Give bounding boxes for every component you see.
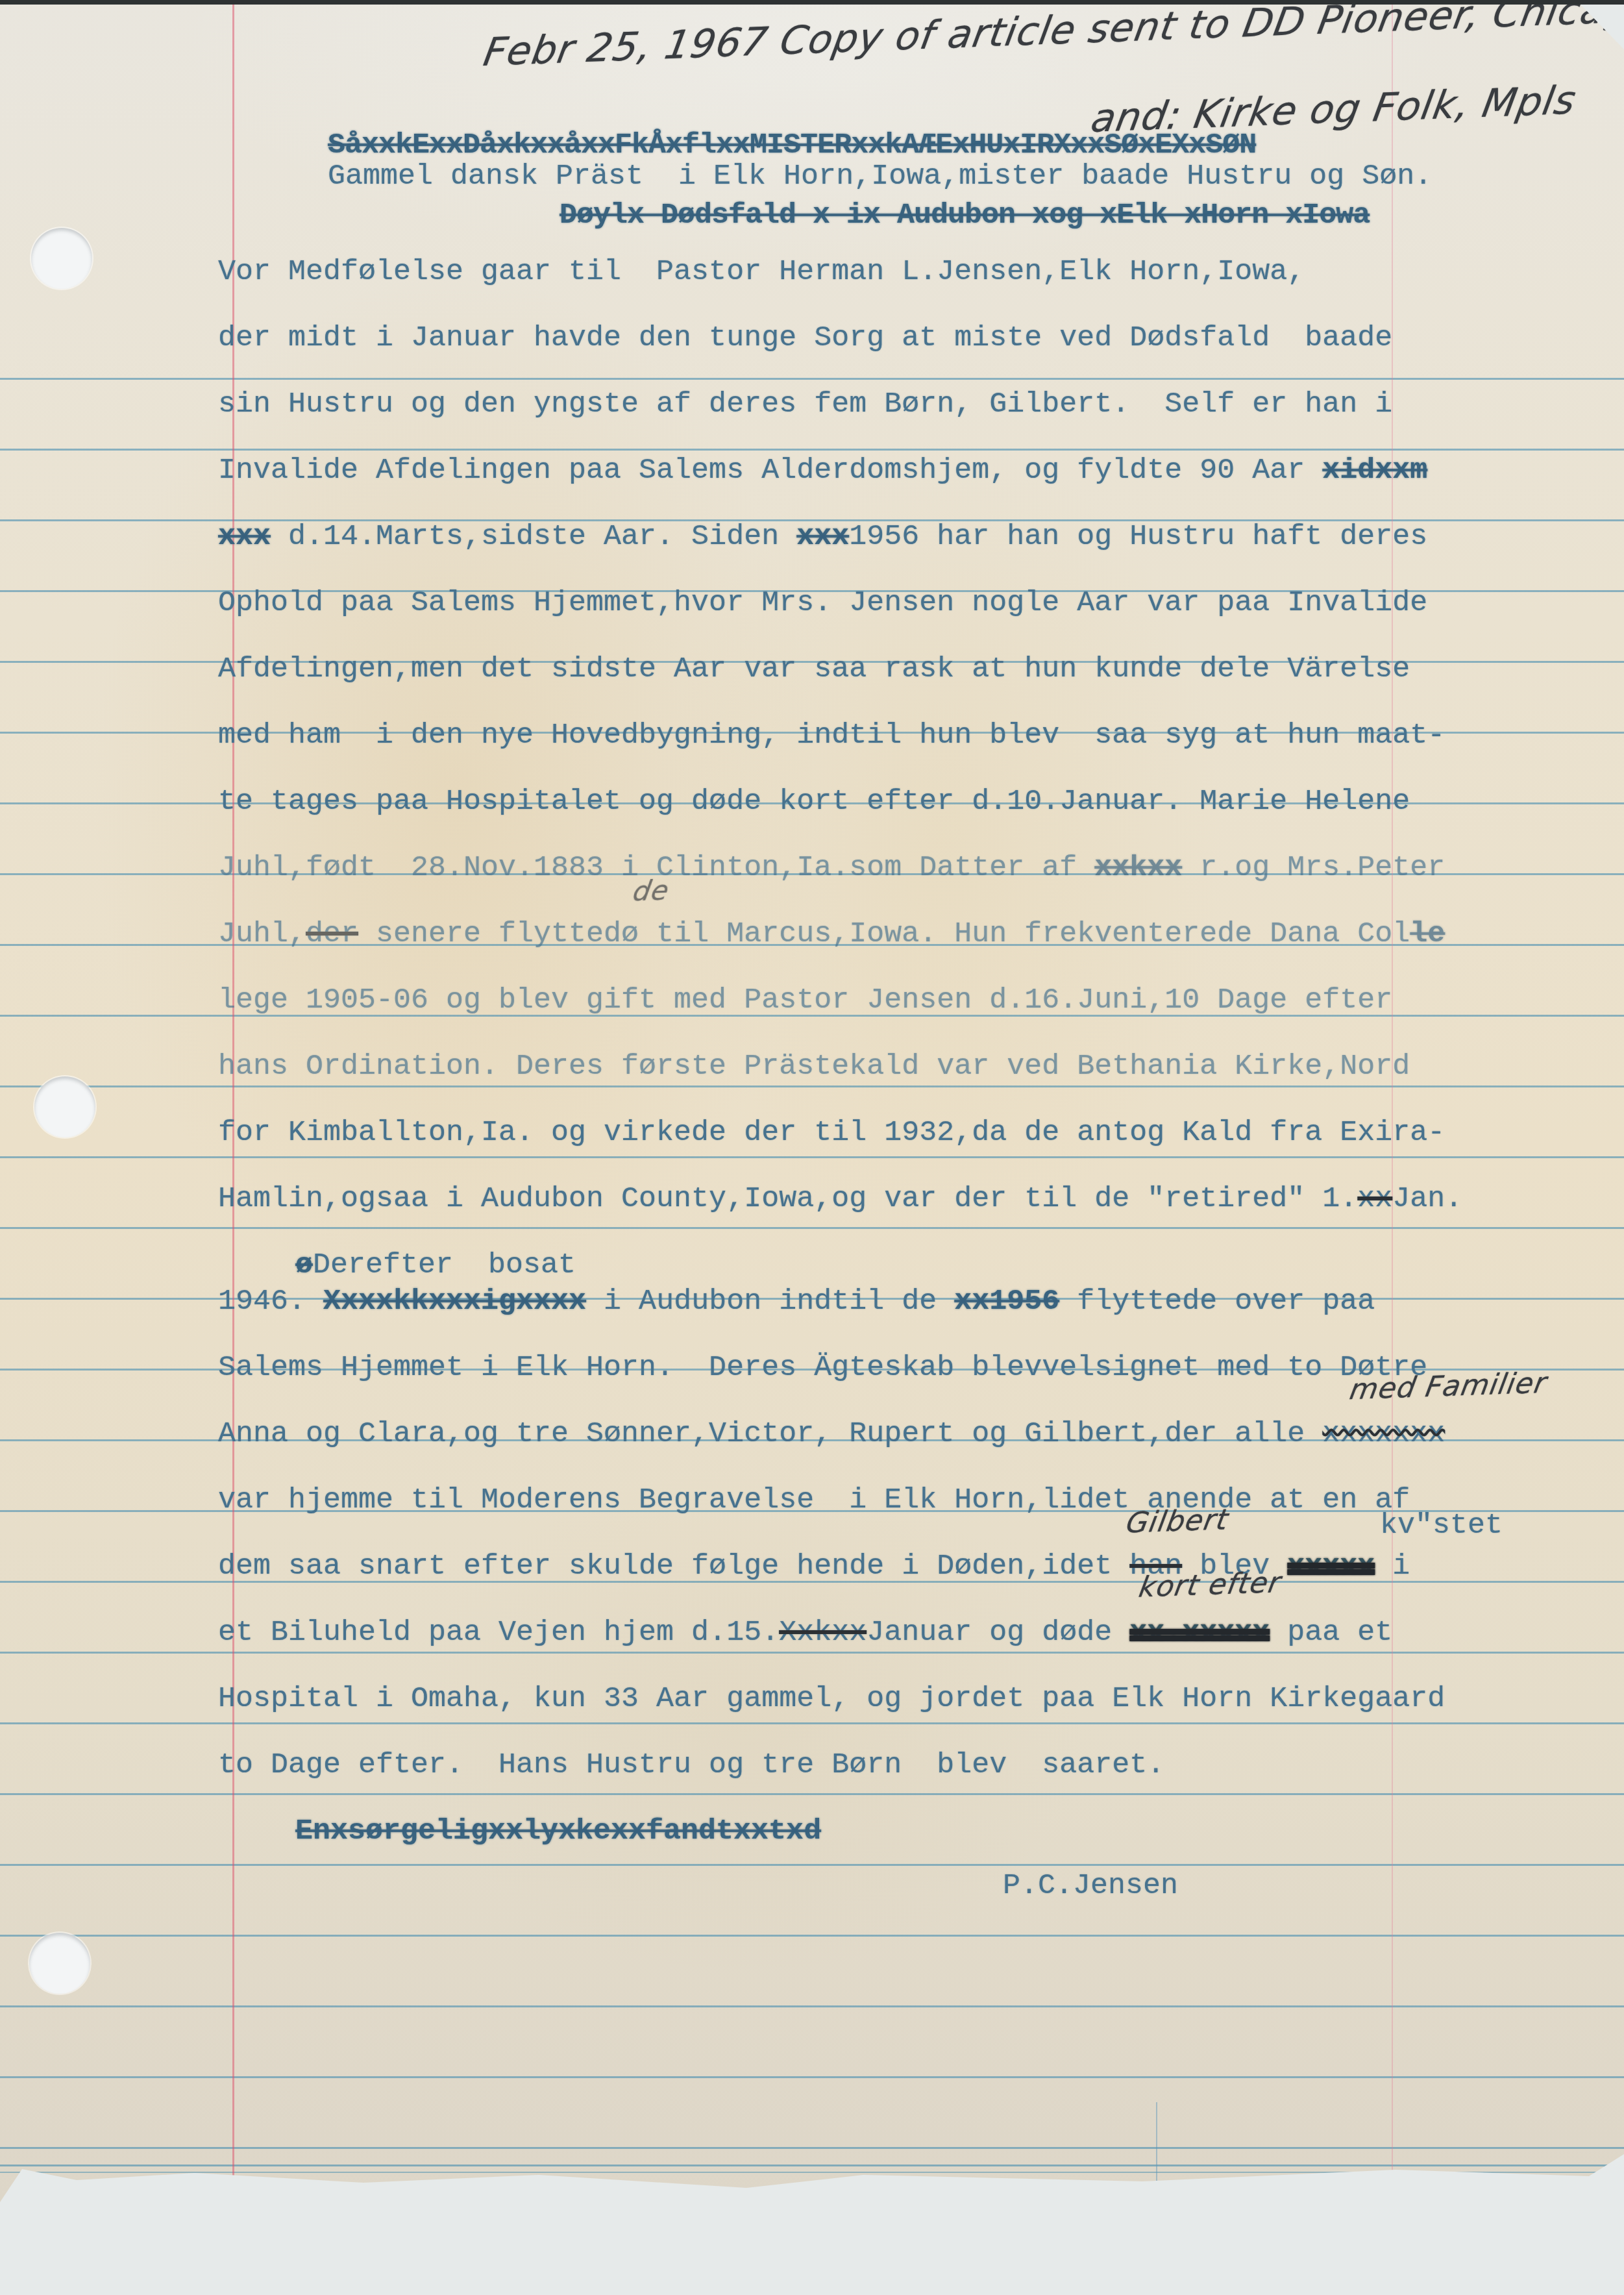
typed-body: Vor Medfølelse gaar til Pastor Herman L.… <box>218 253 1516 1933</box>
typed-text: for Kimballton,Ia. og virkede der til 19… <box>218 1116 1445 1149</box>
typed-text: Anna og Clara,og tre Sønner,Victor, Rupe… <box>218 1417 1322 1450</box>
typed-text: to Dage efter. Hans Hustru og tre Børn b… <box>218 1748 1164 1781</box>
typed-text: Ophold paa Salems Hjemmet,hvor Mrs. Jens… <box>218 586 1427 619</box>
article-title: Gammel dansk Präst i Elk Horn,Iowa,miste… <box>328 160 1432 193</box>
typed-line: xxx d.14.Marts,sidste Aar. Siden xxx1956… <box>218 518 1516 584</box>
typed-text: der midt i Januar havde den tunge Sorg a… <box>218 321 1392 354</box>
typed-text: senere flyttedø til Marcus,Iowa. Hun fre… <box>358 917 1410 950</box>
typed-line: 1946. Xxxxkkxxxigxxxx i Audubon indtil d… <box>218 1283 1516 1349</box>
typed-text: Vor Medfølelse gaar til Pastor Herman L.… <box>218 255 1305 288</box>
typed-text: d.14.Marts,sidste Aar. Siden <box>271 520 796 553</box>
typed-text: Juhl, <box>218 917 306 950</box>
heading-struck-line-1: SåxxkExxDåxkxxåxxFkÅxflxxMISTERxxkAÆExHU… <box>328 129 1256 162</box>
typed-text: hans Ordination. Deres første Prästekald… <box>218 1050 1410 1083</box>
typed-text: i Audubon indtil de <box>586 1285 954 1318</box>
struck-out-text: xxxxx <box>1287 1550 1375 1583</box>
typed-text: 1946. <box>218 1285 323 1318</box>
typed-text: i <box>1375 1550 1410 1583</box>
typed-line: Ophold paa Salems Hjemmet,hvor Mrs. Jens… <box>218 584 1516 651</box>
typed-text: Afdelingen,men det sidste Aar var saa ra… <box>218 652 1410 686</box>
typed-text: flyttede over paa <box>1059 1285 1375 1318</box>
typed-text: et Biluheld paa Vejen hjem d.15. <box>218 1616 779 1649</box>
typed-line: Hospital i Omaha, kun 33 Aar gammel, og … <box>218 1680 1516 1746</box>
struck-out-text: der <box>306 917 358 950</box>
typed-line: sin Hustru og den yngste af deres fem Bø… <box>218 386 1516 452</box>
typed-insert-kvastet: kv"stet <box>1380 1511 1503 1540</box>
typed-text: dem saa snart efter skulde følge hende i… <box>218 1550 1129 1583</box>
typed-line: Hamlin,ogsaa i Audubon County,Iowa,og va… <box>218 1180 1516 1247</box>
typed-line: hans Ordination. Deres første Prästekald… <box>218 1048 1516 1114</box>
struck-out-text: Enxsørgeligxxlyxkexxfandtxxtxd <box>295 1815 821 1848</box>
handwritten-note-kort-efter: kort efter <box>1137 1569 1283 1602</box>
struck-out-text: xx1956 <box>954 1285 1059 1318</box>
typed-text: te tages paa Hospitalet og døde kort eft… <box>218 785 1410 818</box>
struck-out-text: Xxxxkkxxxigxxxx <box>323 1285 586 1318</box>
typed-line: lege 1905-06 og blev gift med Pastor Jen… <box>218 982 1516 1048</box>
struck-out-text: xxx <box>796 520 849 553</box>
typed-line: to Dage efter. Hans Hustru og tre Børn b… <box>218 1746 1516 1813</box>
typed-line: Juhl,der senere flyttedø til Marcus,Iowa… <box>218 915 1516 982</box>
typed-text: Derefter bosat <box>313 1248 576 1282</box>
typed-text: med ham i den nye Hovedbygning, indtil h… <box>218 719 1445 752</box>
typed-line: med ham i den nye Hovedbygning, indtil h… <box>218 717 1516 783</box>
typed-line: der midt i Januar havde den tunge Sorg a… <box>218 319 1516 386</box>
typed-text: Hamlin,ogsaa i Audubon County,Iowa,og va… <box>218 1182 1357 1215</box>
typed-text: r.og Mrs.Peter <box>1182 851 1445 884</box>
struck-out-text: xx.xxxxx <box>1129 1616 1270 1649</box>
stray-blue-line <box>1156 2102 1157 2187</box>
typed-line: Invalide Afdelingen paa Salems Alderdoms… <box>218 452 1516 518</box>
struck-out-text: Xxkxx <box>779 1616 867 1649</box>
hole-punch <box>31 228 92 289</box>
typed-text: paa et <box>1270 1616 1392 1649</box>
typed-text: lege 1905-06 og blev gift med Pastor Jen… <box>218 984 1392 1017</box>
struck-out-text: le <box>1410 917 1445 950</box>
typed-line: Anna og Clara,og tre Sønner,Victor, Rupe… <box>218 1415 1516 1482</box>
struck-out-text: xx <box>1357 1182 1392 1215</box>
typed-text: Januar og døde <box>867 1616 1129 1649</box>
scanner-edge-strip <box>0 0 1624 5</box>
typed-text: Jan. <box>1392 1182 1462 1215</box>
heading-struck-line-2: Døylx Dødsfald x ix Audubon xog xElk xHo… <box>560 199 1370 232</box>
handwritten-insert-de: de <box>631 876 672 906</box>
handwritten-note-gilbert: Gilbert <box>1124 1506 1231 1537</box>
typed-line: for Kimballton,Ia. og virkede der til 19… <box>218 1114 1516 1180</box>
struck-out-text: ø <box>295 1248 313 1282</box>
typed-text: P.C.Jensen <box>1003 1869 1178 1902</box>
typed-text: var hjemme til Moderens Begravelse i Elk… <box>218 1483 1410 1517</box>
typed-text: Salems Hjemmet i Elk Horn. Deres Ägteska… <box>218 1351 1427 1384</box>
struck-out-text: xxxxxxx <box>1322 1417 1445 1450</box>
typed-line: te tages paa Hospitalet og døde kort eft… <box>218 783 1516 849</box>
struck-out-text: xxx <box>218 520 271 553</box>
handwritten-note-med-familier: med Familier <box>1347 1369 1549 1404</box>
typed-line: P.C.Jensen <box>1003 1867 1516 1933</box>
typed-line: et Biluheld paa Vejen hjem d.15.XxkxxJan… <box>218 1614 1516 1680</box>
typed-line: øDerefter bosat <box>295 1247 1516 1283</box>
ruled-paper-sheet: Febr 25, 1967 Copy of article sent to DD… <box>0 0 1624 2207</box>
struck-out-text: xidxxm <box>1322 454 1427 487</box>
typed-text: Invalide Afdelingen paa Salems Alderdoms… <box>218 454 1322 487</box>
struck-out-text: xxkxx <box>1094 851 1182 884</box>
typed-text: 1956 har han og Hustru haft deres <box>849 520 1427 553</box>
typed-line: Afdelingen,men det sidste Aar var saa ra… <box>218 651 1516 717</box>
typed-line: Juhl,født 28.Nov.1883 i Clinton,Ia.som D… <box>218 849 1516 915</box>
typed-text: Hospital i Omaha, kun 33 Aar gammel, og … <box>218 1682 1445 1715</box>
hole-punch <box>34 1076 95 1137</box>
bottom-double-rule <box>0 2165 1624 2173</box>
hole-punch <box>29 1933 90 1994</box>
typed-line: Salems Hjemmet i Elk Horn. Deres Ägteska… <box>218 1349 1516 1415</box>
handwritten-note-date-recipients: Febr 25, 1967 Copy of article sent to DD… <box>480 0 1624 75</box>
typed-line: dem saa snart efter skulde følge hende i… <box>218 1548 1516 1614</box>
typed-text: sin Hustru og den yngste af deres fem Bø… <box>218 388 1392 421</box>
typed-line: var hjemme til Moderens Begravelse i Elk… <box>218 1482 1516 1548</box>
scanned-document-page: Febr 25, 1967 Copy of article sent to DD… <box>0 0 1624 2295</box>
typed-line: Enxsørgeligxxlyxkexxfandtxxtxd <box>295 1813 1516 1867</box>
typed-line: Vor Medfølelse gaar til Pastor Herman L.… <box>218 253 1516 319</box>
